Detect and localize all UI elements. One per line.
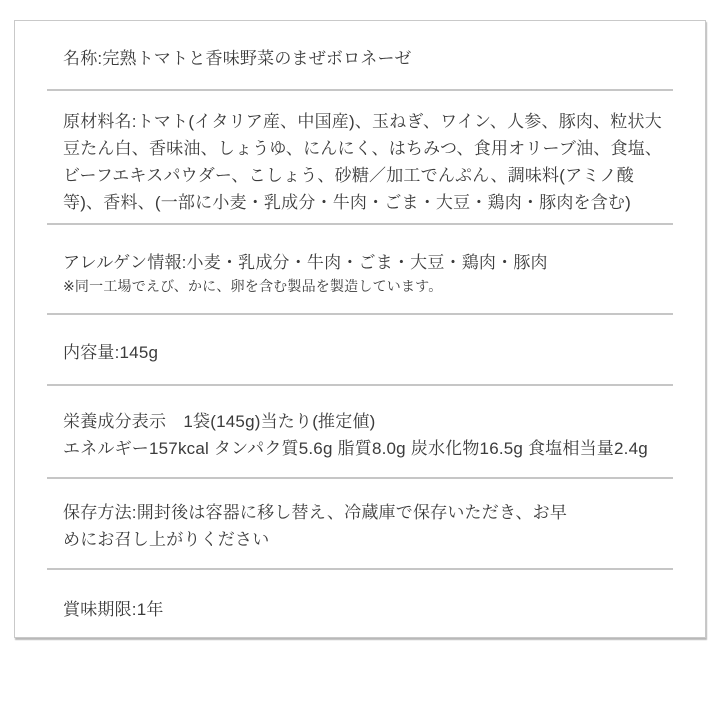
storage-line-2: めにお召し上がりください (63, 526, 665, 553)
ingredients-line-4: 等)、香料、(一部に小麦・乳成分・牛肉・ごま・大豆・鶏肉・豚肉を含む) (63, 189, 665, 216)
net-content-text: 内容量:145g (63, 339, 665, 366)
section-storage: 保存方法:開封後は容器に移し替え、冷蔵庫で保存いただき、お早 めにお召し上がりく… (15, 479, 705, 568)
section-nutrition: 栄養成分表示 1袋(145g)当たり(推定値) エネルギー157kcal タンパ… (15, 386, 705, 477)
page-background: 名称:完熟トマトと香味野菜のまぜボロネーゼ 原材料名:トマト(イタリア産、中国産… (0, 0, 720, 720)
ingredients-line-2: 豆たん白、香味油、しょうゆ、にんにく、はちみつ、食用オリーブ油、食塩、 (63, 135, 665, 162)
ingredients-line-3: ビーフエキスパウダー、こしょう、砂糖／加工でんぷん、調味料(アミノ酸 (63, 162, 665, 189)
section-allergen: アレルゲン情報:小麦・乳成分・牛肉・ごま・大豆・鶏肉・豚肉 ※同一工場でえび、か… (15, 225, 705, 313)
allergen-note: ※同一工場でえび、かに、卵を含む製品を製造しています。 (63, 276, 665, 296)
product-name-text: 名称:完熟トマトと香味野菜のまぜボロネーゼ (63, 45, 665, 72)
ingredients-line-1: 原材料名:トマト(イタリア産、中国産)、玉ねぎ、ワイン、人参、豚肉、粒状大 (63, 108, 665, 135)
nutrition-title: 栄養成分表示 1袋(145g)当たり(推定値) (63, 408, 665, 435)
section-ingredients: 原材料名:トマト(イタリア産、中国産)、玉ねぎ、ワイン、人参、豚肉、粒状大 豆た… (15, 91, 705, 223)
product-info-label: 名称:完熟トマトと香味野菜のまぜボロネーゼ 原材料名:トマト(イタリア産、中国産… (14, 20, 706, 638)
section-net-content: 内容量:145g (15, 315, 705, 384)
nutrition-values: エネルギー157kcal タンパク質5.6g 脂質8.0g 炭水化物16.5g … (63, 435, 665, 462)
section-product-name: 名称:完熟トマトと香味野菜のまぜボロネーゼ (15, 21, 705, 89)
storage-line-1: 保存方法:開封後は容器に移し替え、冷蔵庫で保存いただき、お早 (63, 499, 665, 526)
allergen-text: アレルゲン情報:小麦・乳成分・牛肉・ごま・大豆・鶏肉・豚肉 (63, 249, 665, 276)
section-expiry: 賞味期限:1年 (15, 570, 705, 637)
expiry-text: 賞味期限:1年 (63, 596, 665, 623)
